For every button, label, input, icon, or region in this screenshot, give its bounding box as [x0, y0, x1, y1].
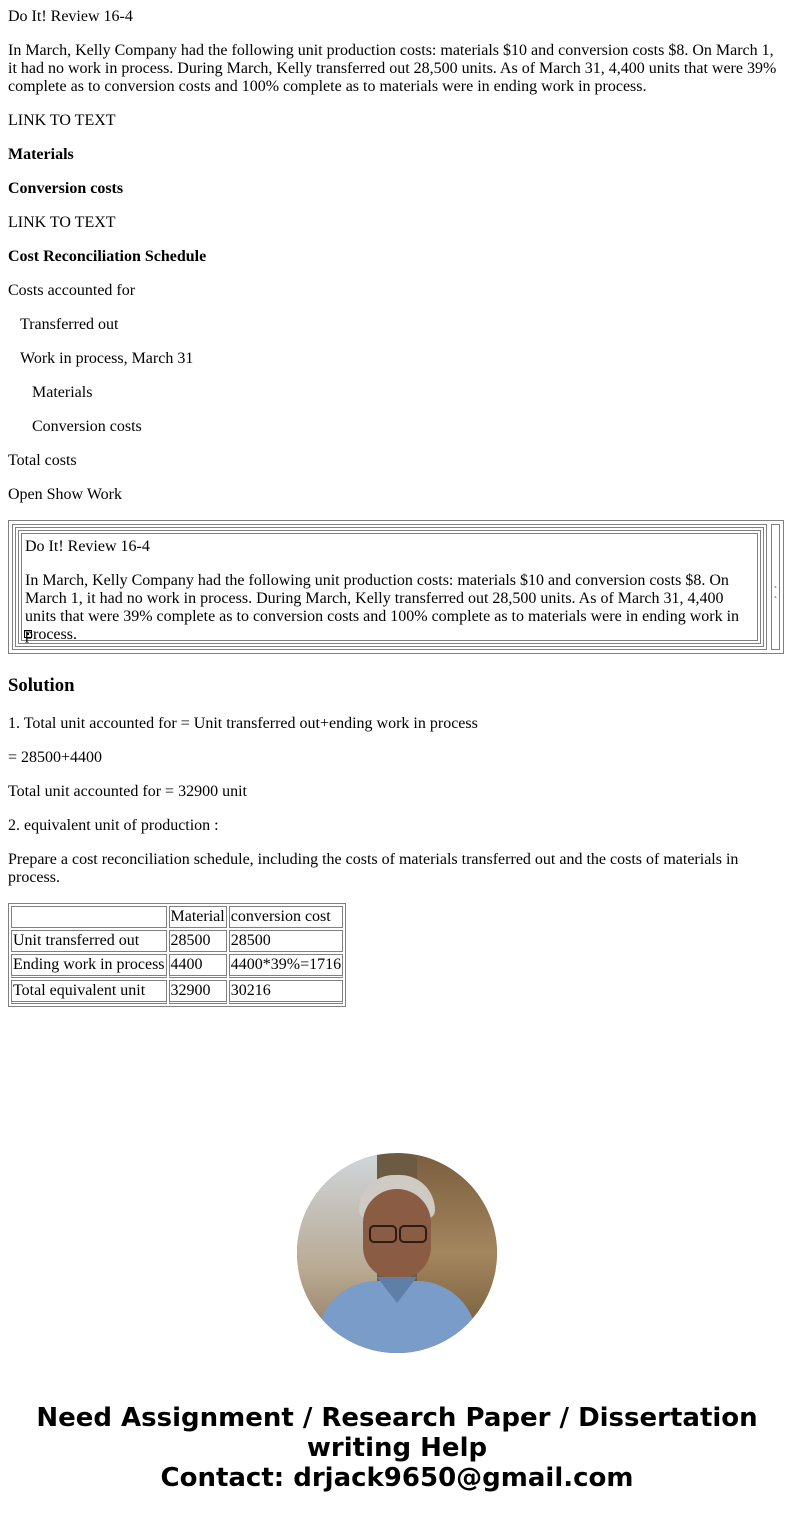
solution-prompt: Prepare a cost reconciliation schedule, …	[8, 851, 784, 887]
materials-label: Materials	[8, 146, 74, 164]
conversion-costs-label: Conversion costs	[8, 180, 123, 198]
table-cell: Total equivalent unit	[11, 980, 167, 1004]
schedule-conversion-costs: Conversion costs	[32, 418, 142, 436]
question-title: Do It! Review 16-4	[8, 8, 133, 26]
promo-contact[interactable]: Contact: drjack9650@gmail.com	[0, 1463, 794, 1493]
frame-border: Do It! Review 16-4 In March, Kelly Compa…	[12, 524, 767, 650]
table-row: Ending work in process 4400 4400*39%=171…	[11, 954, 343, 978]
solution-step-1: 1. Total unit accounted for = Unit trans…	[8, 715, 478, 733]
frame-border: Do It! Review 16-4 In March, Kelly Compa…	[18, 530, 761, 644]
frame-body: In March, Kelly Company had the followin…	[25, 572, 754, 644]
schedule-costs-accounted-for: Costs accounted for	[8, 282, 135, 300]
table-cell: 32900	[169, 980, 227, 1004]
schedule-materials: Materials	[32, 384, 92, 402]
link-to-text[interactable]: LINK TO TEXT	[8, 214, 116, 232]
table-header-row: Material conversion cost	[11, 906, 343, 928]
frame-border: Do It! Review 16-4 In March, Kelly Compa…	[15, 527, 764, 647]
frame-content: Do It! Review 16-4 In March, Kelly Compa…	[21, 533, 758, 641]
table-cell: Ending work in process	[11, 954, 167, 978]
tutor-avatar	[297, 1153, 497, 1353]
embedded-question-frame: Do It! Review 16-4 In March, Kelly Compa…	[8, 520, 784, 654]
schedule-transferred-out: Transferred out	[20, 316, 119, 334]
table-row: Total equivalent unit 32900 30216	[11, 980, 343, 1004]
solution-heading: Solution	[8, 676, 74, 696]
broken-image-icon	[24, 630, 32, 638]
promo-line-1: Need Assignment / Research Paper / Disse…	[0, 1403, 794, 1433]
frame-title: Do It! Review 16-4	[25, 538, 754, 556]
table-cell: 4400	[169, 954, 227, 978]
solution-step-1-calc: = 28500+4400	[8, 749, 102, 767]
table-row: Unit transferred out 28500 28500	[11, 930, 343, 952]
frame-side-glyph: ` `	[774, 586, 777, 607]
table-header-cell: Material	[169, 906, 227, 928]
equivalent-units-table: Material conversion cost Unit transferre…	[8, 903, 346, 1007]
table-cell: 28500	[169, 930, 227, 952]
table-cell: 30216	[229, 980, 343, 1004]
solution-step-1-result: Total unit accounted for = 32900 unit	[8, 783, 247, 801]
glasses-icon	[369, 1225, 397, 1243]
schedule-wip-march31: Work in process, March 31	[20, 350, 193, 368]
schedule-title: Cost Reconciliation Schedule	[8, 248, 206, 266]
schedule-total-costs: Total costs	[8, 452, 77, 470]
glasses-icon	[399, 1225, 427, 1243]
question-body: In March, Kelly Company had the followin…	[8, 42, 784, 96]
promo-line-2: writing Help	[0, 1433, 794, 1463]
table-cell: 28500	[229, 930, 343, 952]
open-show-work-link[interactable]: Open Show Work	[8, 486, 122, 504]
table-header-cell: conversion cost	[229, 906, 343, 928]
promo-banner: Need Assignment / Research Paper / Disse…	[0, 1403, 794, 1493]
table-cell: Unit transferred out	[11, 930, 167, 952]
table-cell: 4400*39%=1716	[229, 954, 343, 978]
table-header-cell	[11, 906, 167, 928]
frame-scrollbar[interactable]: ` `	[771, 524, 780, 650]
solution-step-2: 2. equivalent unit of production :	[8, 817, 219, 835]
link-to-text[interactable]: LINK TO TEXT	[8, 112, 116, 130]
